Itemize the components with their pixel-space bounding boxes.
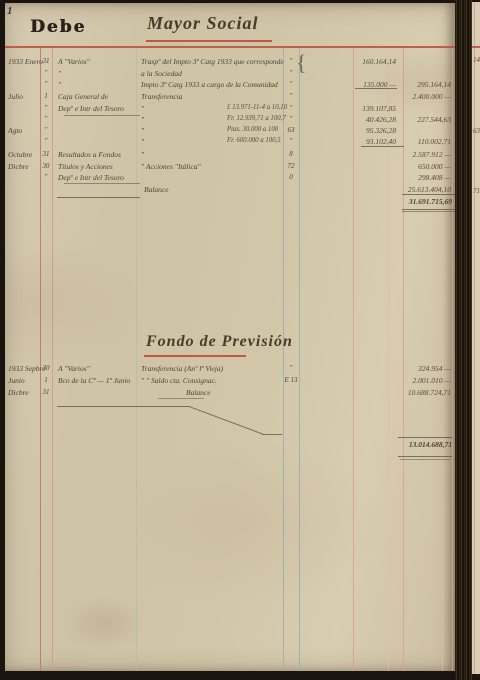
entry-detail: Balance xyxy=(186,388,211,397)
entry-detail: Transferencia xyxy=(141,92,182,101)
entry-detail: ″ xyxy=(141,150,144,159)
entry-account: A "Varios" xyxy=(58,364,90,373)
entry-detail: Impto 3ª Catg 1933 a cargo de la Comunid… xyxy=(141,80,278,89)
entry-folio: ″ xyxy=(283,137,299,145)
entry-amount-2: 25.613.404,10 xyxy=(401,185,451,194)
entry-day: 1 xyxy=(40,376,52,384)
ledger-row: Junio 1 Bco de la Cª — 1º Junio ″ ″ Sald… xyxy=(0,376,455,387)
entry-folio: 8 xyxy=(283,150,299,158)
entry-amount-2: 2.587.912 — xyxy=(401,150,451,159)
ink-line xyxy=(57,406,190,407)
entry-date: Dicbre xyxy=(8,388,29,397)
ledger-row: Dicbre 31 Balance 10.688.724,71 xyxy=(0,388,455,399)
entry-account: Bco de la Cª — 1º Junio xyxy=(58,376,130,385)
entry-folio: ″ xyxy=(283,115,299,123)
entry-account: Depº e Intr del Tesoro xyxy=(58,173,124,182)
ink-line xyxy=(361,146,404,147)
header-rule xyxy=(5,46,455,48)
entry-amount-1: 93.102,40 xyxy=(350,137,396,146)
entry-detail: ″ Acciones "Itálica" xyxy=(141,162,201,171)
entry-folio: E 13 xyxy=(283,376,299,384)
entry-amount-2: 298.408 — xyxy=(401,173,451,182)
entry-exchange: Ptas. 30.000 a 100 xyxy=(227,126,278,133)
ink-line xyxy=(398,437,452,438)
entry-account: Resultados a Fondos xyxy=(58,150,121,159)
ink-line xyxy=(400,459,450,460)
next-page-sliver: 14 63 71 xyxy=(472,2,480,674)
section-title-underline xyxy=(144,355,246,357)
entry-date: Agto xyxy=(8,126,22,135)
entry-folio: ″ xyxy=(283,57,299,65)
entry-amount-2: 110.002,71 xyxy=(401,137,451,146)
entry-day: 30 xyxy=(40,364,52,372)
entry-exchange: Fr. 600.000 a 100,5 xyxy=(227,137,281,144)
ink-line xyxy=(64,115,140,116)
entry-account: ″ xyxy=(58,69,61,78)
entry-detail: ″ xyxy=(141,115,144,124)
entry-account: Caja General de xyxy=(58,92,108,101)
ledger-row: Agto ″ ″ Ptas. 30.000 a 100 63 95.326,28 xyxy=(0,126,455,137)
entry-folio: 0 xyxy=(283,173,299,181)
entry-exchange: £ 13.971-11-4 a 10,10 xyxy=(227,104,287,111)
entry-day: 31 xyxy=(40,150,52,158)
entry-amount-2: 650.000 — xyxy=(401,162,451,171)
entry-detail: ″ xyxy=(141,104,144,113)
ledger-row: ″ ″ a la Sociedad ″ xyxy=(0,69,455,80)
entry-detail: Transferencia (Anº lª Vieja) xyxy=(141,364,223,373)
entry-folio: 63 xyxy=(283,126,299,134)
debe-label: Debe xyxy=(30,17,86,37)
entry-folio: ″ xyxy=(283,69,299,77)
entry-amount-2: 324.954 — xyxy=(401,364,451,373)
entry-account: ″ xyxy=(58,80,61,89)
entry-day: 30 xyxy=(40,162,52,170)
ink-line xyxy=(402,211,455,212)
ledger-row: ″ Depº e Intr del Tesoro ″ £ 13.971-11-4… xyxy=(0,104,455,115)
entry-date: Junio xyxy=(8,376,25,385)
entry-amount-2: 2.400.000 — xyxy=(401,92,451,101)
entry-detail: ″ xyxy=(141,126,144,135)
entry-detail: Traspº del Impto 3ª Catg 1933 que corres… xyxy=(141,57,284,66)
entry-day: ″ xyxy=(40,173,52,181)
edge-fragment: 71 xyxy=(473,187,480,195)
entry-detail: Balance xyxy=(144,185,169,194)
section-total: 13.014.688,71 xyxy=(398,440,452,449)
ink-line xyxy=(64,183,140,184)
entry-day: 31 xyxy=(40,388,52,396)
ink-line xyxy=(398,456,452,457)
entry-amount-2: 2.001.010 — xyxy=(401,376,451,385)
entry-folio: ″ xyxy=(283,104,299,112)
ink-line xyxy=(402,209,455,210)
entry-date: Dicbre xyxy=(8,162,29,171)
ink-line xyxy=(402,194,455,195)
ledger-row: 1933 Enero 31 A "Varios" Traspº del Impt… xyxy=(0,57,455,68)
ledger-row: Julio 1 Caja General de Transferencia ″ … xyxy=(0,92,455,103)
entry-folio: ″ xyxy=(283,92,299,100)
total-row: 13.014.688,71 xyxy=(0,440,455,451)
ledger-photo: 1 Debe Mayor Social { 1933 Enero 31 A "V… xyxy=(0,0,480,680)
entry-day: ″ xyxy=(40,126,52,134)
entry-amount-1: 139.107,85 xyxy=(350,104,396,113)
entry-day: 1 xyxy=(40,92,52,100)
entry-day: ″ xyxy=(40,69,52,77)
column-rule xyxy=(474,2,475,674)
entry-account: Depº e Intr del Tesoro xyxy=(58,104,124,113)
ledger-title: Mayor Social xyxy=(147,13,259,34)
page-number: 1 xyxy=(7,5,13,17)
page-edge xyxy=(455,0,472,680)
entry-date: 1933 Enero xyxy=(8,57,43,66)
entry-account: A "Varios" xyxy=(58,57,90,66)
entry-date: Octubre xyxy=(8,150,32,159)
entry-amount-2: 295.164,14 xyxy=(401,80,451,89)
entry-amount-2: 227.544,63 xyxy=(401,115,451,124)
ledger-row: 1933 Sepbre 30 A "Varios" Transferencia … xyxy=(0,364,455,375)
ledger-row: Balance 25.613.404,10 xyxy=(0,185,455,196)
entry-folio: 72 xyxy=(283,162,299,170)
entry-detail: a la Sociedad xyxy=(141,69,182,78)
entry-exchange: Fr. 12.939,71 a 100,7 xyxy=(227,115,286,122)
entry-day: ″ xyxy=(40,104,52,112)
ledger-row: Dicbre 30 Títulos y Acciones ″ Acciones … xyxy=(0,162,455,173)
total-row: 31.691.715,69 xyxy=(0,197,455,208)
entry-amount-1: 160.164,14 xyxy=(350,57,396,66)
entry-day: ″ xyxy=(40,115,52,123)
title-underline xyxy=(146,40,272,42)
ink-line xyxy=(158,398,204,399)
ledger-row: Octubre 31 Resultados a Fondos ″ 8 2.587… xyxy=(0,150,455,161)
entry-day: ″ xyxy=(40,80,52,88)
section-total: 31.691.715,69 xyxy=(398,197,452,206)
entry-amount-1: 95.326,28 xyxy=(350,126,396,135)
entry-detail: ″ xyxy=(141,137,144,146)
entry-folio: ″ xyxy=(283,364,299,372)
entry-day: 31 xyxy=(40,57,52,65)
entry-day: ″ xyxy=(40,137,52,145)
entry-detail: ″ ″ Saldo cta. Consignac. xyxy=(141,376,217,385)
section-title-fondo: Fondo de Previsión xyxy=(146,333,293,351)
ink-line xyxy=(262,434,282,435)
header-rule xyxy=(472,46,480,48)
edge-fragment: 14 xyxy=(473,56,480,64)
entry-account: Títulos y Acciones xyxy=(58,162,113,171)
ink-line xyxy=(355,88,397,89)
entry-date: Julio xyxy=(8,92,23,101)
entry-amount-1: 40.426,28 xyxy=(350,115,396,124)
ledger-row: ″ ″ Fr. 12.939,71 a 100,7 ″ 40.426,28 22… xyxy=(0,115,455,126)
entry-folio: ″ xyxy=(283,80,299,88)
ledger-row: ″ ″ Impto 3ª Catg 1933 a cargo de la Com… xyxy=(0,80,455,91)
entry-amount-2: 10.688.724,71 xyxy=(401,388,451,397)
edge-fragment: 63 xyxy=(473,127,480,135)
